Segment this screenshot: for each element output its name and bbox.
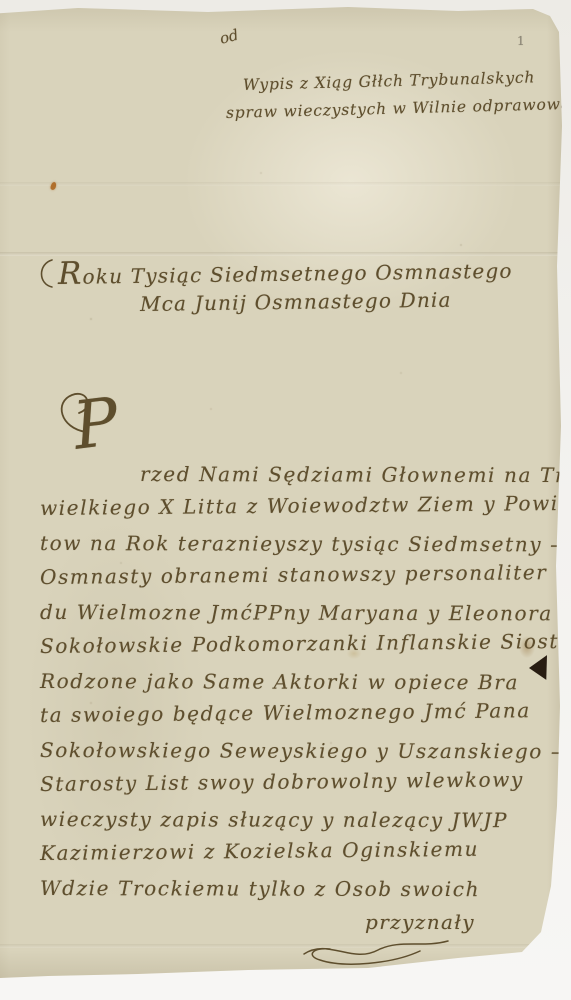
body-line: Rodzone jako Same Aktorki w opiece Bra: [40, 669, 519, 694]
body-line: tow na Rok teraznieyszy tysiąc Siedmsetn…: [40, 531, 571, 556]
body-line: Wdzie Trockiemu tylko z Osob swoich: [40, 876, 480, 901]
body-line: wieczysty zapis słuzący y nalezący JWJP: [40, 807, 508, 832]
paper-crease: [0, 944, 571, 948]
opening-curl-flourish: [36, 256, 54, 292]
body-line: du Wielmozne JmćPPny Maryana y Eleonora: [40, 600, 553, 625]
body-line: Osmnasty obranemi stanowszy personaliter…: [40, 560, 571, 589]
date-line-1: Roku Tysiąc Siedmsetnego Osmnastego: [58, 250, 513, 292]
drop-cap-initial: P: [70, 389, 122, 460]
date-line-2: Mca Junij Osmnastego Dnia: [140, 288, 452, 316]
body-line: Kazimierzowi z Kozielska Oginskiemu: [40, 837, 479, 865]
rust-speck-stain: [50, 181, 57, 190]
closing-word: przyznały: [365, 910, 475, 934]
manuscript-paper: od 1 Wypis z Xiąg Głłch Trybunalskych sp…: [0, 6, 571, 984]
header-line-1: Wypis z Xiąg Głłch Trybunalskych: [243, 68, 536, 94]
corner-mark: od: [218, 26, 240, 48]
body-line: wielkiego X Litta z Woiewodztw Ziem y Po…: [40, 491, 571, 520]
body-line: rzed Nami Sędziami Głownemi na Trybunał: [140, 462, 571, 487]
header-line-2: spraw wieczystych w Wilnie odprawowanych: [226, 94, 571, 122]
body-line: Sokołowskiego Seweyskiego y Uszanskiego …: [40, 738, 571, 763]
body-line: ta swoiego będące Wielmoznego Jmć Pana: [40, 698, 531, 727]
body-line: Sokołowskie Podkomorzanki Inflanskie Sio…: [40, 629, 571, 658]
page-number: 1: [517, 34, 525, 48]
body-line: Starosty List swoy dobrowolny wlewkowy: [40, 767, 524, 796]
paper-crease: [0, 182, 571, 186]
photo-background: od 1 Wypis z Xiąg Głłch Trybunalskych sp…: [0, 0, 571, 1000]
signature-flourish: [300, 934, 456, 972]
